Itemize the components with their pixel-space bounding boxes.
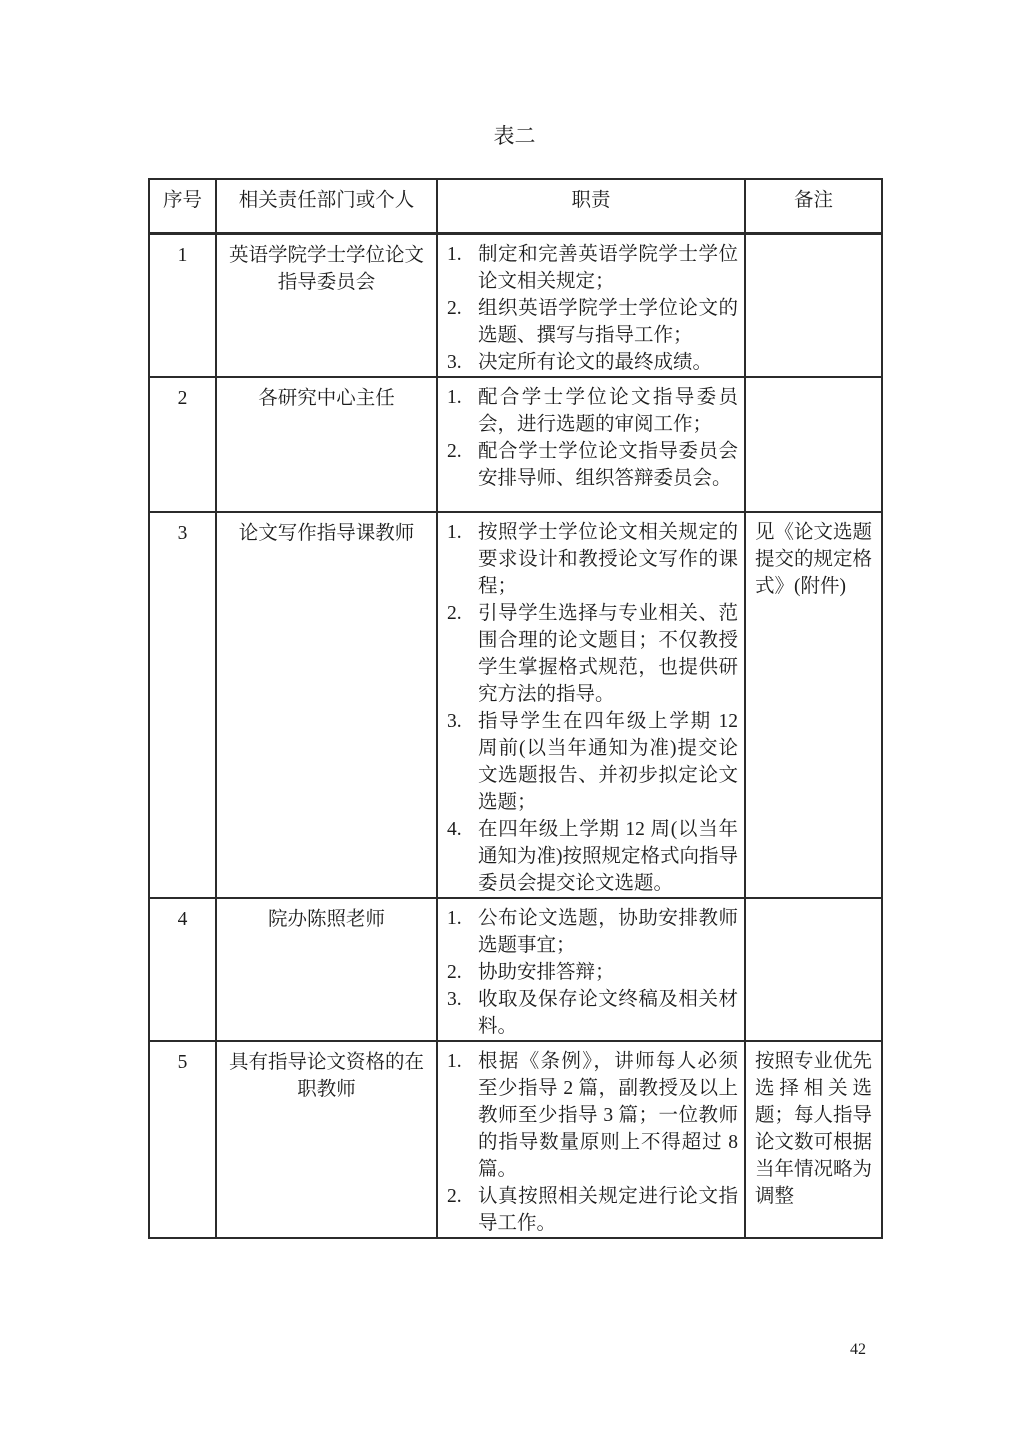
- table-row: 5具有指导论文资格的在职教师1.根据《条例》，讲师每人必须至少指导 2 篇，副教…: [149, 1041, 882, 1238]
- department-cell: 英语学院学士学位论文指导委员会: [216, 233, 437, 377]
- duty-item-text: 认真按照相关规定进行论文指导工作。: [478, 1183, 738, 1237]
- duty-item: 4.在四年级上学期 12 周(以当年通知为准)按照规定格式向指导委员会提交论文选…: [447, 816, 738, 897]
- duty-item-number: 2.: [447, 438, 478, 465]
- table-row: 3论文写作指导课教师1.按照学士学位论文相关规定的要求设计和教授论文写作的课程；…: [149, 512, 882, 898]
- duty-item: 1.制定和完善英语学院学士学位论文相关规定；: [447, 241, 738, 295]
- duty-item: 1.按照学士学位论文相关规定的要求设计和教授论文写作的课程；: [447, 519, 738, 600]
- duty-item-text: 公布论文选题，协助安排教师选题事宜；: [478, 905, 738, 959]
- duty-item-number: 1.: [447, 905, 478, 932]
- document-page: { "page": { "title": "表二", "page_number"…: [0, 0, 1024, 1447]
- duties-cell: 1.制定和完善英语学院学士学位论文相关规定；2.组织英语学院学士学位论文的选题、…: [437, 233, 745, 377]
- duty-item-number: 2.: [447, 600, 478, 627]
- note-cell: [745, 377, 882, 512]
- header-notes: 备注: [745, 179, 882, 233]
- note-cell: [745, 898, 882, 1041]
- table-title: 表二: [148, 124, 881, 148]
- header-serial-number: 序号: [149, 179, 216, 233]
- header-department: 相关责任部门或个人: [216, 179, 437, 233]
- duties-cell: 1.配合学士学位论文指导委员会，进行选题的审阅工作；2.配合学士学位论文指导委员…: [437, 377, 745, 512]
- duty-item: 1.配合学士学位论文指导委员会，进行选题的审阅工作；: [447, 384, 738, 438]
- duty-item-text: 收取及保存论文终稿及相关材料。: [478, 986, 738, 1040]
- duty-item: 1.根据《条例》，讲师每人必须至少指导 2 篇，副教授及以上教师至少指导 3 篇…: [447, 1048, 738, 1183]
- duties-cell: 1.根据《条例》，讲师每人必须至少指导 2 篇，副教授及以上教师至少指导 3 篇…: [437, 1041, 745, 1238]
- page-number: 42: [850, 1340, 866, 1360]
- department-cell: 院办陈照老师: [216, 898, 437, 1041]
- duty-item-text: 在四年级上学期 12 周(以当年通知为准)按照规定格式向指导委员会提交论文选题。: [478, 816, 738, 897]
- row-number-cell: 4: [149, 898, 216, 1041]
- table-row: 4院办陈照老师1.公布论文选题，协助安排教师选题事宜；2.协助安排答辩；3.收取…: [149, 898, 882, 1041]
- header-duties: 职责: [437, 179, 745, 233]
- duties-cell: 1.公布论文选题，协助安排教师选题事宜；2.协助安排答辩；3.收取及保存论文终稿…: [437, 898, 745, 1041]
- row-number-cell: 3: [149, 512, 216, 898]
- duty-item-number: 3.: [447, 349, 478, 376]
- duty-item: 3.收取及保存论文终稿及相关材料。: [447, 986, 738, 1040]
- duty-item-text: 指导学生在四年级上学期 12 周前(以当年通知为准)提交论文选题报告、并初步拟定…: [478, 708, 738, 816]
- duty-item-number: 1.: [447, 519, 478, 546]
- duty-item-number: 1.: [447, 384, 478, 411]
- duty-item-number: 1.: [447, 1048, 478, 1075]
- duty-item-number: 2.: [447, 295, 478, 322]
- row-number-cell: 1: [149, 233, 216, 377]
- duty-item-number: 2.: [447, 959, 478, 986]
- duty-item: 3.指导学生在四年级上学期 12 周前(以当年通知为准)提交论文选题报告、并初步…: [447, 708, 738, 816]
- duty-item: 1.公布论文选题，协助安排教师选题事宜；: [447, 905, 738, 959]
- duty-item: 2.协助安排答辩；: [447, 959, 738, 986]
- table-header-row: 序号 相关责任部门或个人 职责 备注: [149, 179, 882, 233]
- department-cell: 具有指导论文资格的在职教师: [216, 1041, 437, 1238]
- duty-item-number: 4.: [447, 816, 478, 843]
- note-cell: [745, 233, 882, 377]
- department-cell: 各研究中心主任: [216, 377, 437, 512]
- duty-item: 2.引导学生选择与专业相关、范围合理的论文题目；不仅教授学生掌握格式规范，也提供…: [447, 600, 738, 708]
- duty-item-text: 配合学士学位论文指导委员会，进行选题的审阅工作；: [478, 384, 738, 438]
- duty-item: 2.配合学士学位论文指导委员会安排导师、组织答辩委员会。: [447, 438, 738, 492]
- note-cell: 见《论文选题提交的规定格式》(附件): [745, 512, 882, 898]
- table-row: 1英语学院学士学位论文指导委员会1.制定和完善英语学院学士学位论文相关规定；2.…: [149, 233, 882, 377]
- duty-item-text: 配合学士学位论文指导委员会安排导师、组织答辩委员会。: [478, 438, 738, 492]
- duty-item-text: 组织英语学院学士学位论文的选题、撰写与指导工作；: [478, 295, 738, 349]
- duty-item: 2.组织英语学院学士学位论文的选题、撰写与指导工作；: [447, 295, 738, 349]
- department-cell: 论文写作指导课教师: [216, 512, 437, 898]
- row-number-cell: 5: [149, 1041, 216, 1238]
- duty-item-number: 2.: [447, 1183, 478, 1210]
- row-number-cell: 2: [149, 377, 216, 512]
- responsibility-table: 序号 相关责任部门或个人 职责 备注 1英语学院学士学位论文指导委员会1.制定和…: [148, 178, 883, 1239]
- duty-item-number: 1.: [447, 241, 478, 268]
- table-row: 2各研究中心主任1.配合学士学位论文指导委员会，进行选题的审阅工作；2.配合学士…: [149, 377, 882, 512]
- duty-item: 2.认真按照相关规定进行论文指导工作。: [447, 1183, 738, 1237]
- duty-item: 3.决定所有论文的最终成绩。: [447, 349, 738, 376]
- duty-item-text: 制定和完善英语学院学士学位论文相关规定；: [478, 241, 738, 295]
- duty-item-text: 协助安排答辩；: [478, 959, 738, 986]
- duty-item-text: 决定所有论文的最终成绩。: [478, 349, 738, 376]
- duty-item-number: 3.: [447, 986, 478, 1013]
- duty-item-text: 根据《条例》，讲师每人必须至少指导 2 篇，副教授及以上教师至少指导 3 篇；一…: [478, 1048, 738, 1183]
- duty-item-text: 按照学士学位论文相关规定的要求设计和教授论文写作的课程；: [478, 519, 738, 600]
- duty-item-text: 引导学生选择与专业相关、范围合理的论文题目；不仅教授学生掌握格式规范，也提供研究…: [478, 600, 738, 708]
- duties-cell: 1.按照学士学位论文相关规定的要求设计和教授论文写作的课程；2.引导学生选择与专…: [437, 512, 745, 898]
- note-cell: 按照专业优先选择相关选题；每人指导论文数可根据当年情况略为调整: [745, 1041, 882, 1238]
- duty-item-number: 3.: [447, 708, 478, 735]
